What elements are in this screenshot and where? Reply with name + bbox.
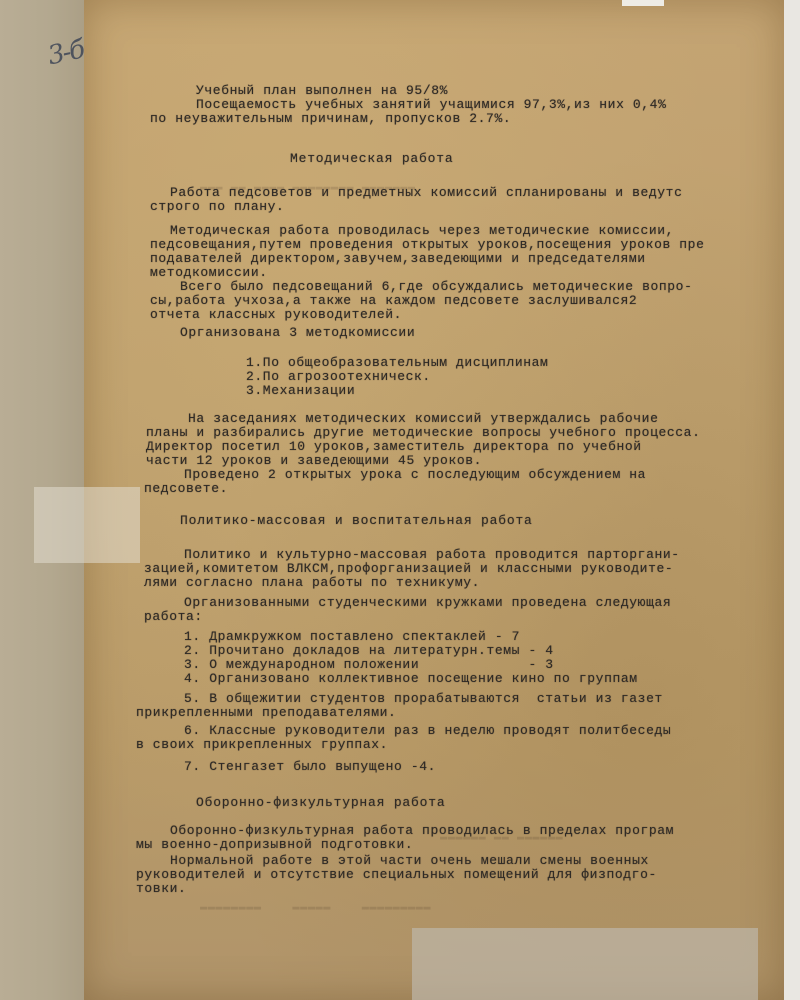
section-heading: Оборонно-физкультурная работа	[196, 796, 445, 809]
text-line: руководителей и отсутствие специальных п…	[136, 868, 657, 881]
list-item: 4. Организовано коллективное посещение к…	[184, 672, 638, 685]
text-line: методкомиссии.	[150, 266, 268, 279]
text-line: Проведено 2 открытых урока с последующим…	[184, 468, 646, 481]
text-line: лями согласно плана работы по техникуму.	[144, 576, 480, 589]
text-line: зацией,комитетом ВЛКСМ,профорганизацией …	[144, 562, 673, 575]
paper-tear	[622, 0, 664, 6]
text-line: Политико и культурно-массовая работа про…	[184, 548, 680, 561]
list-item: 3. О международном положении - 3	[184, 658, 554, 671]
text-line: Всего было педсовещаний 6,где обсуждалис…	[180, 280, 692, 293]
tape-patch	[34, 487, 140, 563]
text-line: педсовещания,путем проведения открытых у…	[150, 238, 704, 251]
list-item: 1.По общеобразовательным дисциплинам	[246, 356, 548, 369]
list-item: 3.Механизации	[246, 384, 355, 397]
text-line: в своих прикрепленных группах.	[136, 738, 388, 751]
text-line: прикрепленными преподавателями.	[136, 706, 396, 719]
text-line: Посещаемость учебных занятий учащимися 9…	[196, 98, 666, 111]
text-line: Учебный план выполнен на 95/8%	[196, 84, 448, 97]
text-line: строго по плану.	[150, 200, 284, 213]
text-line: Организованными студенческими кружками п…	[184, 596, 671, 609]
text-line: Оборонно-физкультурная работа проводилас…	[170, 824, 674, 837]
text-line: мы военно-допризывной подготовки.	[136, 838, 413, 851]
text-line: Методическая работа проводилась через ме…	[170, 224, 674, 237]
text-line: Нормальной работе в этой части очень меш…	[170, 854, 649, 867]
text-line: части 12 уроков и заведеющими 45 уроков.	[146, 454, 482, 467]
section-heading: Методическая работа	[290, 152, 453, 165]
text-line: Директор посетил 10 уроков,заместитель д…	[146, 440, 642, 453]
text-line: Работа педсоветов и предметных комиссий …	[170, 186, 682, 199]
section-heading: Политико-массовая и воспитательная работ…	[180, 514, 533, 527]
text-line: работа:	[144, 610, 203, 623]
text-line: На заседаниях методических комиссий утве…	[188, 412, 658, 425]
text-line: Организована 3 методкомиссии	[180, 326, 415, 339]
list-item: 2. Прочитано докладов на литературн.темы…	[184, 644, 554, 657]
list-item: 1. Драмкружком поставлено спектаклей - 7	[184, 630, 520, 643]
list-item: 2.По агрозоотехническ.	[246, 370, 431, 383]
text-line: по неуважительным причинам, пропусков 2.…	[150, 112, 511, 125]
text-line: отчета классных руководителей.	[150, 308, 402, 321]
text-line: планы и разбирались другие методические …	[146, 426, 700, 439]
tape-patch	[412, 928, 758, 1000]
text-line: педсовете.	[144, 482, 228, 495]
list-item: 7. Стенгазет было выпущено -4.	[184, 760, 436, 773]
list-item: 5. В общежитии студентов прорабатываются…	[184, 692, 663, 705]
list-item: 6. Классные руководители раз в неделю пр…	[184, 724, 671, 737]
text-line: товки.	[136, 882, 186, 895]
text-line: подавателей директором,завучем,заведеющи…	[150, 252, 646, 265]
show-through-text: ▬▬▬▬▬▬▬▬ ▬▬▬▬▬ ▬▬▬▬▬▬▬▬▬	[200, 900, 431, 914]
page-edge	[784, 0, 800, 1000]
text-line: сы,работа учхоза,а также на каждом педсо…	[150, 294, 637, 307]
